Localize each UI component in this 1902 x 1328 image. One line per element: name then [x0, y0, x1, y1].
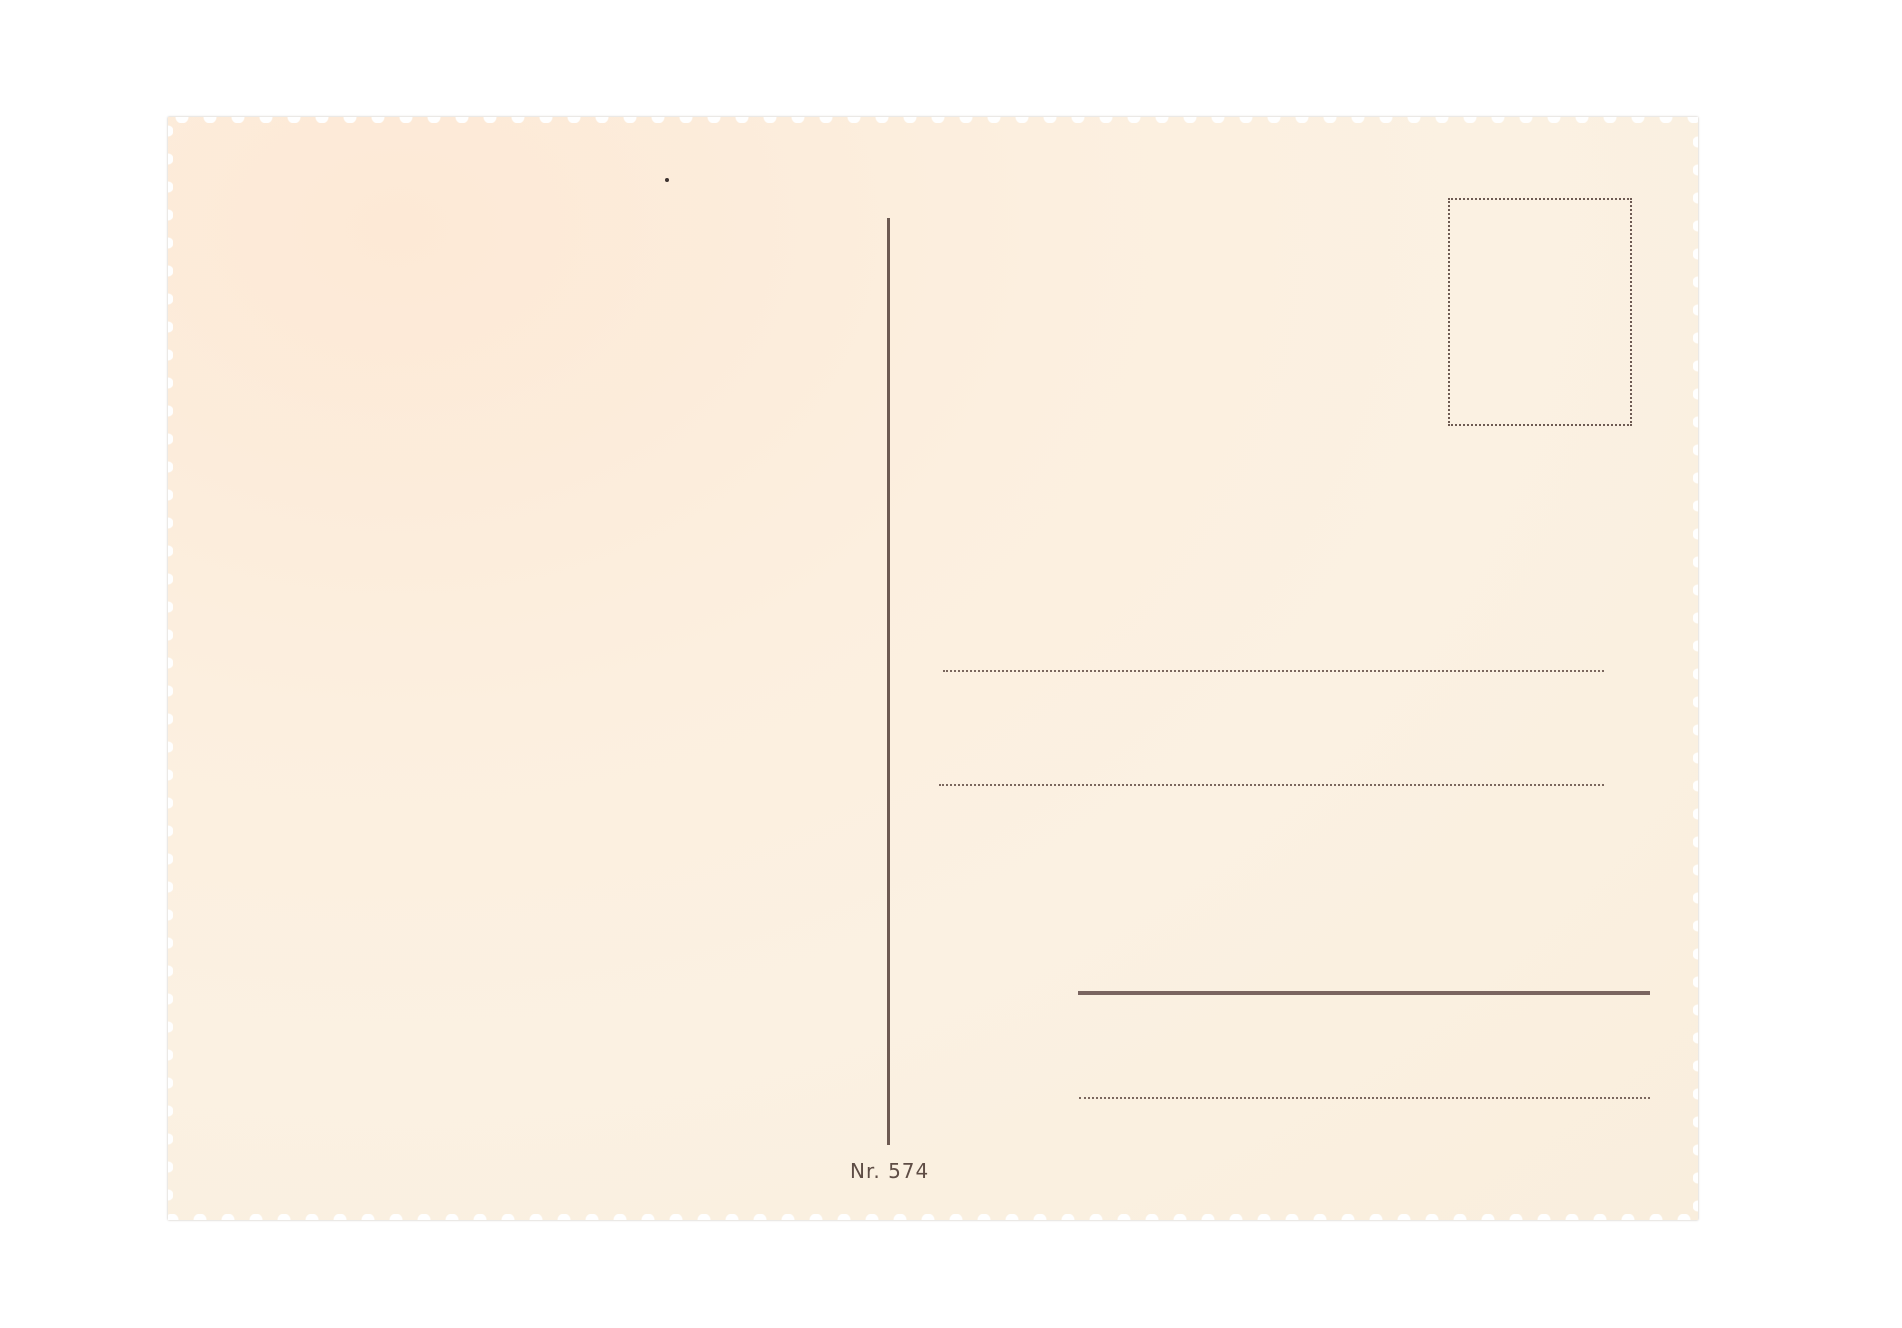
paper-speck [665, 178, 669, 182]
address-line-4 [1079, 1097, 1650, 1099]
postcard-back: Nr. 574 [168, 117, 1698, 1220]
message-address-divider [887, 218, 890, 1145]
scalloped-edge-left [168, 117, 173, 1220]
stamp-box [1448, 198, 1632, 426]
scalloped-edge-top [168, 117, 1698, 123]
scalloped-edge-bottom [168, 1214, 1698, 1220]
catalog-number: Nr. 574 [850, 1159, 929, 1183]
address-line-1 [943, 670, 1604, 672]
address-line-3-solid [1078, 991, 1650, 995]
address-line-2 [939, 784, 1604, 786]
scalloped-edge-right [1693, 117, 1698, 1220]
